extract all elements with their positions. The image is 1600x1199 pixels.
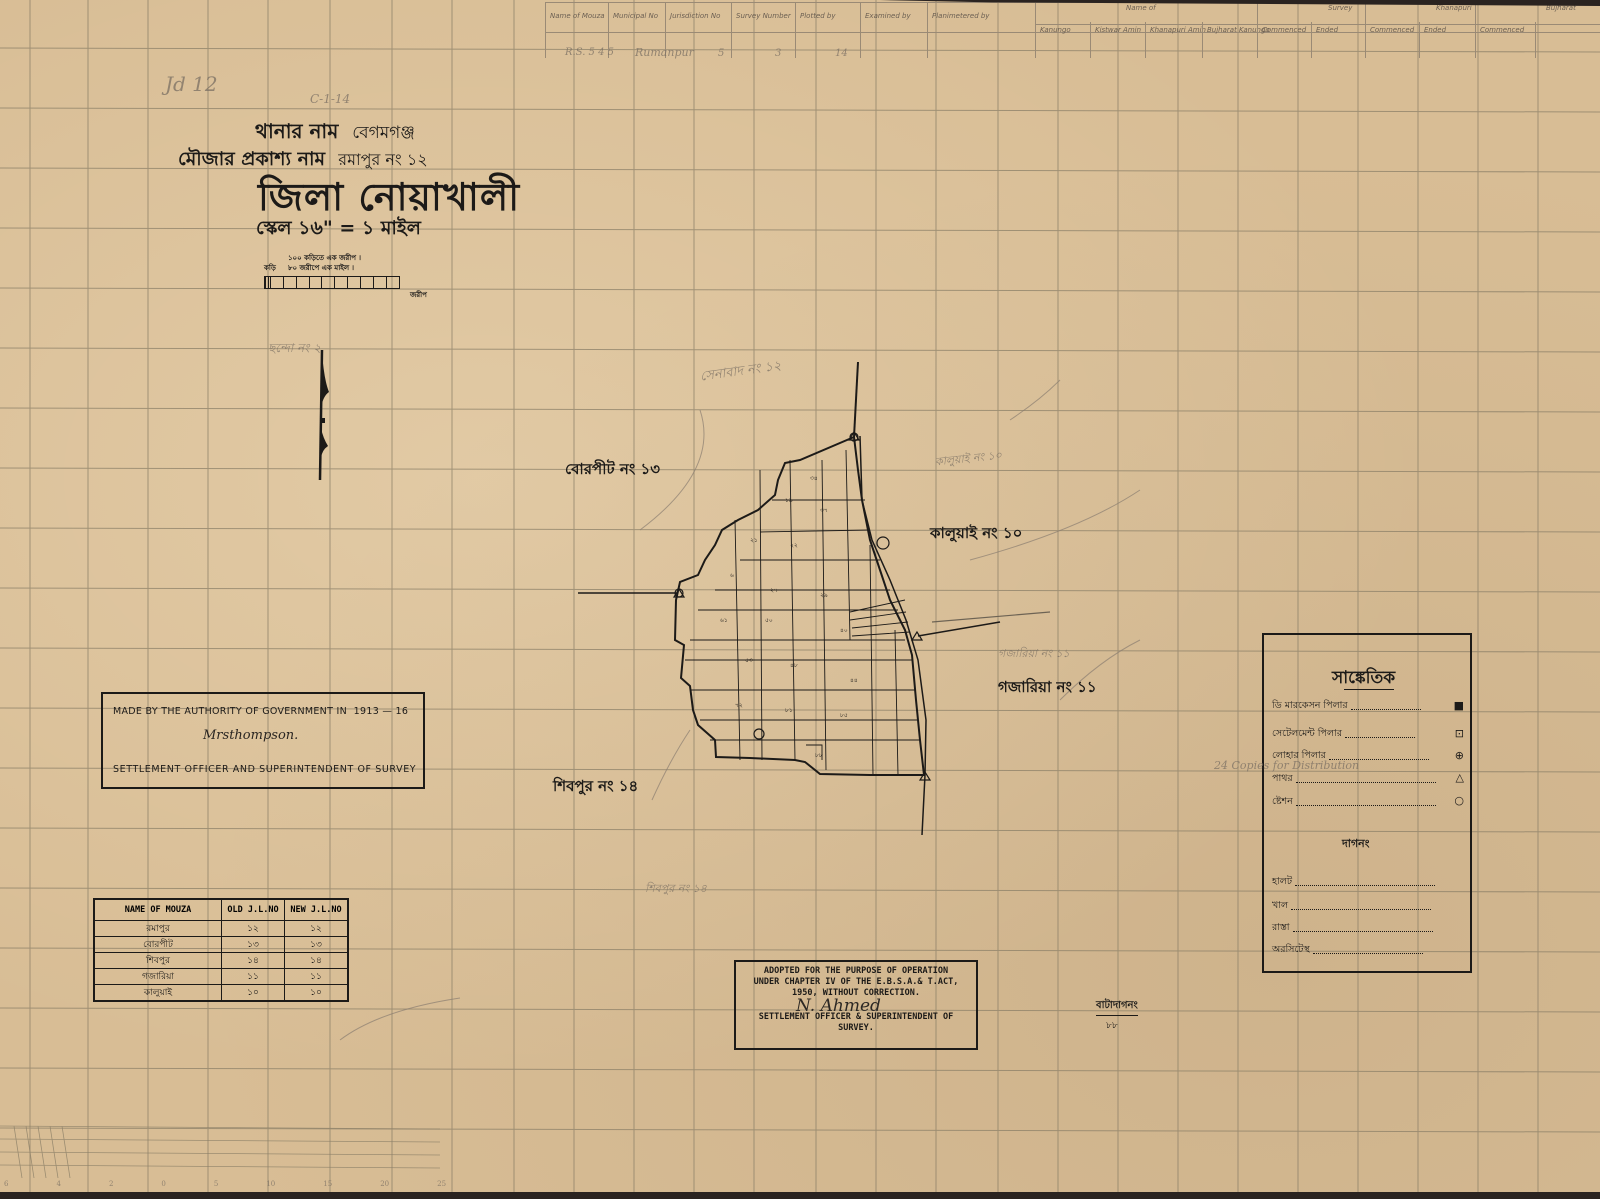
mouza-jl-table: NAME OF MOUZA OLD J.L.NO NEW J.L.NO রমাপ… [93,898,349,1002]
adopted-line5: SURVEY. [736,1023,976,1034]
legend-item-station: ষ্টেশন [1272,795,1436,810]
plot-number: ৫৩ [745,655,753,666]
bata-dag-label: বাটাদাগনং [1096,998,1138,1016]
label-gajariya: গজারিয়া নং ১১ [998,676,1097,701]
plot-number: ৪৮ [790,660,798,671]
legend-item-settlement-pillar: সেটেলমেন্ট পিলার [1272,727,1415,742]
dag-item-other: অরসিটেস্থ [1272,943,1423,958]
dag-item-halot: হালট [1272,875,1435,890]
settlement-pillar-icon: ⊡ [1455,727,1464,740]
plot-number: ৪০ [840,625,848,636]
plot-number: ৮৮ [815,750,823,761]
table-row: রমাপুর১২১২ [94,921,348,937]
table-row: কালুয়াই১০১০ [94,985,348,1002]
stone-icon: △ [1456,771,1464,784]
table-row: বোরপীট১৩১৩ [94,937,348,953]
plot-number: ৫০ [765,615,773,626]
plot-number: ৩৪ [810,473,818,484]
pencil-note-distribution: 24 Copies for Distribution [1214,759,1359,772]
legend-box: সাঙ্কেতিক ডি মারকেসন পিলার ■ সেটেলমেন্ট … [1262,633,1472,973]
adopted-signature: N. Ahmed [796,1001,976,1012]
table-header-row: NAME OF MOUZA OLD J.L.NO NEW J.L.NO [94,899,348,921]
adopted-line4: SETTLEMENT OFFICER & SUPERINTENDENT OF [736,1012,976,1023]
plot-number: ২৯ [820,590,828,601]
iron-pillar-icon: ⊕ [1455,749,1464,762]
station-icon: ○ [1454,794,1464,807]
label-borpit: বোরপীট নং ১৩ [565,458,660,483]
plot-number: ৭২ [735,700,743,711]
authority-line2: SETTLEMENT OFFICER AND SUPERINTENDENT OF… [113,764,416,775]
plot-number-layer: ৩৪ ১৯ ৩৭ ২১ ২২ ৬ ২৭ ২৯ ৬১ ৫০ ৪০ ৫৩ ৪৮ ৪৪… [690,465,930,765]
legend-item-stone: পাথর [1272,772,1436,787]
plot-number: ২১ [750,535,758,546]
plot-number: ২২ [790,540,798,551]
demarcation-pillar-icon: ■ [1454,699,1464,712]
authority-signature: Mrsthompson. [203,728,298,743]
authority-years: 1913 — 16 [354,706,409,717]
plot-number: ৮৫ [840,710,848,721]
dag-title: দাগনং [1342,835,1369,854]
table-row: গজারিয়া১১১১ [94,969,348,985]
header-name-of-mouza: NAME OF MOUZA [94,899,222,921]
plot-number: ১৯ [785,495,793,506]
plot-number: ৬১ [720,615,728,626]
adopted-line2: UNDER CHAPTER IV OF THE E.B.S.A.& T.ACT, [736,977,976,988]
plot-number: ২৭ [770,585,778,596]
dag-item-rasta: রাস্তা [1272,921,1433,936]
label-kaluyai: কালুয়াই নং ১০ [930,522,1022,547]
authority-line1: MADE BY THE AUTHORITY OF GOVERNMENT IN 1… [113,706,408,717]
cadastral-map-sheet: Name of Mouza Municipal No Jurisdiction … [0,0,1600,1192]
pencil-note-south-boundary: শিবপুর নং ১৪ [645,880,707,899]
dag-item-khal: খাল [1272,899,1431,914]
adopted-line1: ADOPTED FOR THE PURPOSE OF OPERATION [736,966,976,977]
plot-number: ৬ [730,570,734,581]
pencil-note-se-boundary: গজারিয়া নং ১১ [998,645,1070,664]
header-old-jl: OLD J.L.NO [222,899,285,921]
plot-number: ৩৭ [820,505,828,516]
legend-title-underline [1344,689,1394,690]
authority-box: MADE BY THE AUTHORITY OF GOVERNMENT IN 1… [101,692,425,789]
header-new-jl: NEW J.L.NO [285,899,349,921]
legend-item-demarcation-pillar: ডি মারকেসন পিলার [1272,699,1421,714]
bata-dag-value: ৮৮ [1106,1018,1118,1033]
table-row: শিবপুর১৪১৪ [94,953,348,969]
label-shibpur: শিবপুর নং ১৪ [553,775,638,800]
plot-number: ৮১ [785,705,793,716]
plot-number: ৪৪ [850,675,858,686]
adopted-stamp: ADOPTED FOR THE PURPOSE OF OPERATION UND… [734,960,978,1050]
bottom-scale-ticks: 64 20 510 1520 25 [0,1180,446,1188]
